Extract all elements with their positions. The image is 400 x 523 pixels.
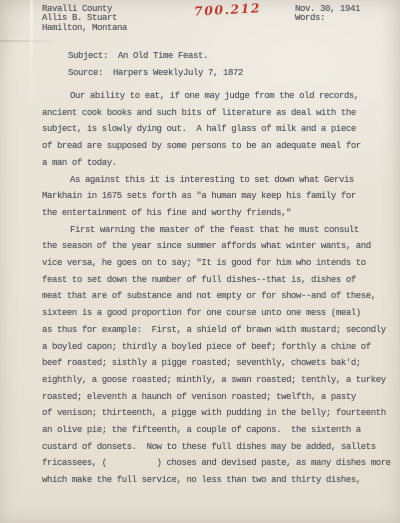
author-block: Ravalli County Allis B. Stuart Hamilton,… xyxy=(42,5,127,33)
document-page: Ravalli County Allis B. Stuart Hamilton,… xyxy=(0,0,400,523)
document-body: Our ability to eat, if one may judge fro… xyxy=(42,88,392,489)
document-line: a boyled capon; thirdly a boyled piece o… xyxy=(42,339,392,356)
document-line: feast to set down the number of full dis… xyxy=(42,272,392,289)
document-line: roasted; eleventh a haunch of venison ro… xyxy=(42,389,392,406)
subject-line: Subject: An Old Time Feast. xyxy=(68,48,380,65)
document-line: as thus for example: First, a shield of … xyxy=(42,322,392,339)
document-line: eighthly, a goose roasted; minthly, a sw… xyxy=(42,372,392,389)
document-line: As against this it is interesting to set… xyxy=(42,172,392,189)
document-line: of bread are supposed by some persons to… xyxy=(42,138,392,155)
author-location: Hamilton, Montana xyxy=(42,24,127,33)
document-line: custard of donsets. Now to these full di… xyxy=(42,439,392,456)
document-line: an olive pie; the fifteenth, a couple of… xyxy=(42,422,392,439)
document-line: vice versa, he goes on to say; "It is go… xyxy=(42,255,392,272)
words-label: Words: xyxy=(295,14,360,23)
document-line: subject, is slowly dying out. A half gla… xyxy=(42,121,392,138)
handwritten-classification-number: 700.212 xyxy=(194,0,262,18)
document-line: beef roasted; sisthly a pigge roasted; s… xyxy=(42,355,392,372)
document-line: Our ability to eat, if one may judge fro… xyxy=(42,88,392,105)
document-meta: Subject: An Old Time Feast. Source: Harp… xyxy=(68,48,380,82)
document-line: ancient cook books and such bits of lite… xyxy=(42,105,392,122)
document-line: a man of today. xyxy=(42,155,392,172)
document-line: First warning the master of the feast th… xyxy=(42,222,392,239)
document-line: of venison; thirteenth, a pigge with pud… xyxy=(42,405,392,422)
document-line: Markhain in 1675 sets forth as "a human … xyxy=(42,188,392,205)
document-line: which make the full service, no less tha… xyxy=(42,472,392,489)
document-line: the season of the year since summer affo… xyxy=(42,238,392,255)
source-line: Source: Harpers WeeklyJuly 7, 1872 xyxy=(68,65,380,82)
date-block: Nov. 30, 1941 Words: xyxy=(295,5,360,24)
document-line: meat that are of substance and not empty… xyxy=(42,288,392,305)
document-line: the entertainment of his fine and worthy… xyxy=(42,205,392,222)
paper-crease xyxy=(30,0,33,110)
document-line: sixteen is a good proportion for one cou… xyxy=(42,305,392,322)
document-header: Ravalli County Allis B. Stuart Hamilton,… xyxy=(42,5,360,33)
document-line: fricassees, ( ) choses and devised paste… xyxy=(42,455,392,472)
